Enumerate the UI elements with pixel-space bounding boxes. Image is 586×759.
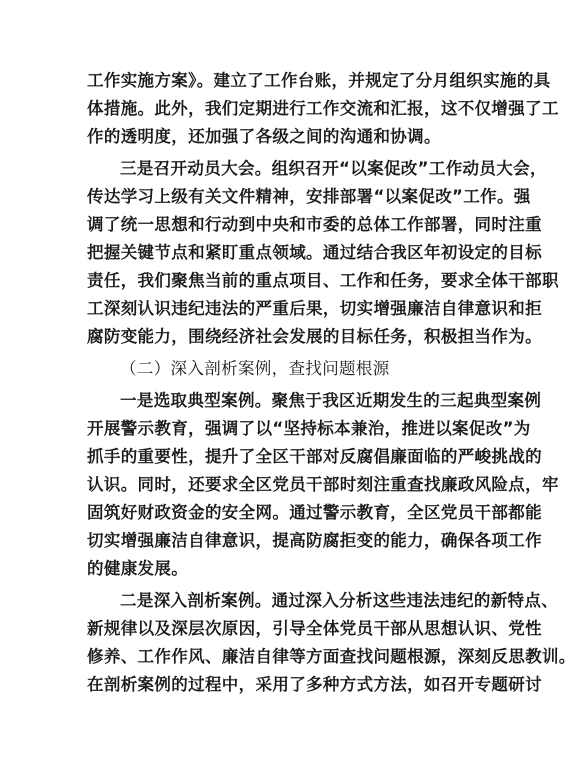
- text-line: 把握关键节点和紧盯重点领域。通过结合我区年初设定的目标: [87, 239, 499, 267]
- paragraph-work-plan: 工作实施方案》。建立了工作台账，并规定了分月组织实施的具 体措施。此外，我们定期…: [87, 67, 499, 151]
- text-line: 体措施。此外，我们定期进行工作交流和汇报，这不仅增强了工: [87, 95, 499, 123]
- text-line: 固筑好财政资金的安全网。通过警示教育，全区党员干部都能: [87, 499, 499, 527]
- heading-text: （二）深入剖析案例，查找问题根源: [87, 355, 499, 383]
- paragraph-mobilization-meeting: 三是召开动员大会。组织召开“以案促改”工作动员大会， 传达学习上级有关文件精神，…: [87, 155, 499, 351]
- text-line: 修养、工作作风、廉洁自律等方面查找问题根源，深刻反思教训。: [87, 643, 499, 671]
- text-line: 腐防变能力，围绕经济社会发展的目标任务，积极担当作为。: [87, 323, 499, 351]
- text-line: 认识。同时，还要求全区党员干部时刻注重查找廉政风险点，牢: [87, 471, 499, 499]
- text-line: 工作实施方案》。建立了工作台账，并规定了分月组织实施的具: [87, 67, 499, 95]
- text-line: 二是深入剖析案例。通过深入分析这些违法违纪的新特点、: [87, 587, 499, 615]
- text-line: 责任，我们聚焦当前的重点项目、工作和任务，要求全体干部职: [87, 267, 499, 295]
- text-line: 开展警示教育，强调了以“坚持标本兼治，推进以案促改”为: [87, 415, 499, 443]
- paragraph-case-analysis: 二是深入剖析案例。通过深入分析这些违法违纪的新特点、 新规律以及深层次原因，引导…: [87, 587, 499, 699]
- paragraph-typical-cases: 一是选取典型案例。聚焦于我区近期发生的三起典型案例 开展警示教育，强调了以“坚持…: [87, 387, 499, 583]
- text-line: 在剖析案例的过程中，采用了多种方式方法，如召开专题研讨: [87, 671, 499, 699]
- section-heading: （二）深入剖析案例，查找问题根源: [87, 355, 499, 383]
- text-line: 作的透明度，还加强了各级之间的沟通和协调。: [87, 123, 499, 151]
- text-line: 三是召开动员大会。组织召开“以案促改”工作动员大会，: [87, 155, 499, 183]
- text-line: 工深刻认识违纪违法的严重后果，切实增强廉洁自律意识和拒: [87, 295, 499, 323]
- text-line: 传达学习上级有关文件精神，安排部署“以案促改”工作。强: [87, 183, 499, 211]
- text-line: 的健康发展。: [87, 555, 499, 583]
- text-line: 新规律以及深层次原因，引导全体党员干部从思想认识、党性: [87, 615, 499, 643]
- text-line: 抓手的重要性，提升了全区干部对反腐倡廉面临的严峻挑战的: [87, 443, 499, 471]
- text-line: 一是选取典型案例。聚焦于我区近期发生的三起典型案例: [87, 387, 499, 415]
- text-line: 调了统一思想和行动到中央和市委的总体工作部署，同时注重: [87, 211, 499, 239]
- text-line: 切实增强廉洁自律意识，提高防腐拒变的能力，确保各项工作: [87, 527, 499, 555]
- document-page: 工作实施方案》。建立了工作台账，并规定了分月组织实施的具 体措施。此外，我们定期…: [87, 67, 499, 703]
